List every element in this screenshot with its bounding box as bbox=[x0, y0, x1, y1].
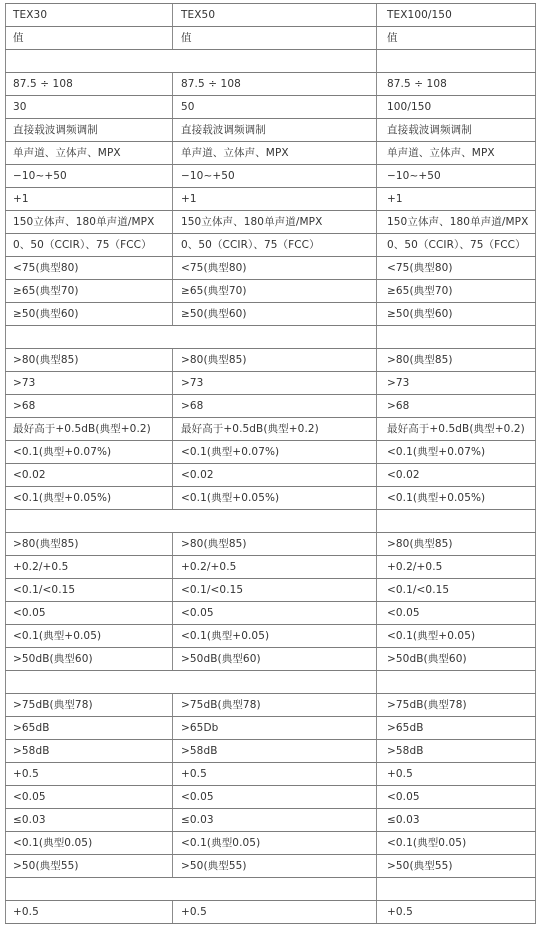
table-row: <0.1(典型+0.07%)<0.1(典型+0.07%)<0.1(典型+0.07… bbox=[6, 441, 536, 464]
table-cell: >65Db bbox=[173, 717, 377, 740]
table-cell: >50dB(典型60) bbox=[6, 648, 173, 671]
section-separator-row bbox=[6, 326, 536, 349]
table-cell: −10~+50 bbox=[173, 165, 377, 188]
table-cell: <0.1(典型+0.05) bbox=[377, 625, 536, 648]
table-row: >80(典型85)>80(典型85)>80(典型85) bbox=[6, 533, 536, 556]
table-row: <75(典型80)<75(典型80)<75(典型80) bbox=[6, 257, 536, 280]
table-cell: 150立体声、180单声道/MPX bbox=[6, 211, 173, 234]
empty-cell-merged bbox=[6, 510, 377, 533]
section-separator-row bbox=[6, 50, 536, 73]
table-cell: <0.02 bbox=[377, 464, 536, 487]
table-cell: >80(典型85) bbox=[6, 533, 173, 556]
table-cell: >73 bbox=[6, 372, 173, 395]
table-cell: >73 bbox=[377, 372, 536, 395]
column-header-tex100-150: TEX100/150 bbox=[377, 4, 536, 27]
table-cell: >75dB(典型78) bbox=[377, 694, 536, 717]
table-row: <0.02<0.02<0.02 bbox=[6, 464, 536, 487]
table-row: +0.2/+0.5+0.2/+0.5+0.2/+0.5 bbox=[6, 556, 536, 579]
section-separator-row bbox=[6, 878, 536, 901]
table-cell: <0.1(典型+0.05%) bbox=[377, 487, 536, 510]
table-cell: 87.5 ÷ 108 bbox=[173, 73, 377, 96]
table-cell: 0、50（CCIR）、75（FCC） bbox=[6, 234, 173, 257]
table-cell: +0.2/+0.5 bbox=[173, 556, 377, 579]
table-row: 0、50（CCIR）、75（FCC）0、50（CCIR）、75（FCC）0、50… bbox=[6, 234, 536, 257]
empty-cell-merged bbox=[6, 326, 377, 349]
table-cell: >50(典型55) bbox=[377, 855, 536, 878]
table-cell: 直接载波调频调制 bbox=[173, 119, 377, 142]
table-cell: <0.1(典型+0.05%) bbox=[173, 487, 377, 510]
table-cell: 直接载波调频调制 bbox=[6, 119, 173, 142]
table-cell: >58dB bbox=[6, 740, 173, 763]
table-row: ≤0.03≤0.03≤0.03 bbox=[6, 809, 536, 832]
table-cell: >80(典型85) bbox=[173, 349, 377, 372]
table-cell: 单声道、立体声、MPX bbox=[377, 142, 536, 165]
table-cell: 最好高于+0.5dB(典型+0.2) bbox=[173, 418, 377, 441]
table-cell: >65dB bbox=[6, 717, 173, 740]
table-cell: ≤0.03 bbox=[6, 809, 173, 832]
table-cell: <0.05 bbox=[173, 602, 377, 625]
section-separator-row bbox=[6, 510, 536, 533]
table-cell: ≥50(典型60) bbox=[377, 303, 536, 326]
table-row: 150立体声、180单声道/MPX150立体声、180单声道/MPX150立体声… bbox=[6, 211, 536, 234]
table-cell: <0.1(典型+0.05) bbox=[173, 625, 377, 648]
table-cell: 87.5 ÷ 108 bbox=[6, 73, 173, 96]
table-row: <0.05<0.05<0.05 bbox=[6, 602, 536, 625]
table-cell: 150立体声、180单声道/MPX bbox=[173, 211, 377, 234]
table-row: +0.5+0.5+0.5 bbox=[6, 901, 536, 924]
table-cell: >50(典型55) bbox=[6, 855, 173, 878]
table-cell: <0.1(典型+0.05%) bbox=[6, 487, 173, 510]
table-cell: >75dB(典型78) bbox=[6, 694, 173, 717]
empty-cell-merged bbox=[6, 50, 377, 73]
table-cell: +1 bbox=[173, 188, 377, 211]
table-cell: <0.1/<0.15 bbox=[377, 579, 536, 602]
table-row: 单声道、立体声、MPX单声道、立体声、MPX单声道、立体声、MPX bbox=[6, 142, 536, 165]
table-row: −10~+50−10~+50−10~+50 bbox=[6, 165, 536, 188]
table-row: >80(典型85)>80(典型85)>80(典型85) bbox=[6, 349, 536, 372]
table-cell: 100/150 bbox=[377, 96, 536, 119]
empty-cell bbox=[377, 50, 536, 73]
table-cell: <75(典型80) bbox=[6, 257, 173, 280]
table-row: 最好高于+0.5dB(典型+0.2)最好高于+0.5dB(典型+0.2)最好高于… bbox=[6, 418, 536, 441]
table-row: >50dB(典型60)>50dB(典型60)>50dB(典型60) bbox=[6, 648, 536, 671]
table-cell: <0.05 bbox=[377, 786, 536, 809]
table-cell: 30 bbox=[6, 96, 173, 119]
table-row: <0.05<0.05<0.05 bbox=[6, 786, 536, 809]
table-cell: <0.1(典型+0.07%) bbox=[173, 441, 377, 464]
table-cell: 直接载波调频调制 bbox=[377, 119, 536, 142]
table-cell: <0.05 bbox=[173, 786, 377, 809]
table-row: <0.1(典型0.05)<0.1(典型0.05)<0.1(典型0.05) bbox=[6, 832, 536, 855]
section-separator-row bbox=[6, 671, 536, 694]
table-cell: 值 bbox=[377, 27, 536, 50]
table-cell: +1 bbox=[377, 188, 536, 211]
table-cell: <0.05 bbox=[377, 602, 536, 625]
table-cell: <0.05 bbox=[6, 786, 173, 809]
table-row: +0.5+0.5+0.5 bbox=[6, 763, 536, 786]
empty-cell bbox=[377, 326, 536, 349]
table-body: 值值值87.5 ÷ 10887.5 ÷ 10887.5 ÷ 1083050100… bbox=[6, 27, 536, 924]
table-cell: >65dB bbox=[377, 717, 536, 740]
table-cell: 单声道、立体声、MPX bbox=[6, 142, 173, 165]
table-cell: 0、50（CCIR）、75（FCC） bbox=[173, 234, 377, 257]
table-cell: >68 bbox=[377, 395, 536, 418]
table-cell: 150立体声、180单声道/MPX bbox=[377, 211, 536, 234]
table-row: <0.1(典型+0.05%)<0.1(典型+0.05%)<0.1(典型+0.05… bbox=[6, 487, 536, 510]
table-row: >58dB>58dB>58dB bbox=[6, 740, 536, 763]
table-cell: <0.1(典型+0.07%) bbox=[377, 441, 536, 464]
table-row: ≥50(典型60)≥50(典型60)≥50(典型60) bbox=[6, 303, 536, 326]
table-cell: ≤0.03 bbox=[173, 809, 377, 832]
table-cell: ≥65(典型70) bbox=[377, 280, 536, 303]
table-cell: >50dB(典型60) bbox=[173, 648, 377, 671]
table-cell: +1 bbox=[6, 188, 173, 211]
table-cell: 87.5 ÷ 108 bbox=[377, 73, 536, 96]
table-row: >50(典型55)>50(典型55)>50(典型55) bbox=[6, 855, 536, 878]
table-cell: ≤0.03 bbox=[377, 809, 536, 832]
empty-cell bbox=[377, 510, 536, 533]
empty-cell-merged bbox=[6, 671, 377, 694]
table-cell: <0.02 bbox=[173, 464, 377, 487]
table-row: 值值值 bbox=[6, 27, 536, 50]
table-cell: ≥50(典型60) bbox=[173, 303, 377, 326]
table-row: <0.1/<0.15<0.1/<0.15<0.1/<0.15 bbox=[6, 579, 536, 602]
table-cell: <0.1/<0.15 bbox=[173, 579, 377, 602]
empty-cell-merged bbox=[6, 878, 377, 901]
table-cell: −10~+50 bbox=[377, 165, 536, 188]
empty-cell bbox=[377, 671, 536, 694]
table-row: +1+1+1 bbox=[6, 188, 536, 211]
table-cell: >58dB bbox=[173, 740, 377, 763]
spec-table: TEX30 TEX50 TEX100/150 值值值87.5 ÷ 10887.5… bbox=[5, 3, 536, 924]
table-header: TEX30 TEX50 TEX100/150 bbox=[6, 4, 536, 27]
table-cell: <0.1(典型0.05) bbox=[377, 832, 536, 855]
table-cell: >80(典型85) bbox=[6, 349, 173, 372]
table-cell: >80(典型85) bbox=[173, 533, 377, 556]
table-cell: ≥65(典型70) bbox=[6, 280, 173, 303]
table-cell: 0、50（CCIR）、75（FCC） bbox=[377, 234, 536, 257]
table-row: 直接载波调频调制直接载波调频调制直接载波调频调制 bbox=[6, 119, 536, 142]
header-row: TEX30 TEX50 TEX100/150 bbox=[6, 4, 536, 27]
table-cell: >68 bbox=[6, 395, 173, 418]
table-cell: <0.1(典型+0.05) bbox=[6, 625, 173, 648]
table-cell: <0.1(典型0.05) bbox=[6, 832, 173, 855]
table-cell: <0.1(典型0.05) bbox=[173, 832, 377, 855]
table-cell: <0.02 bbox=[6, 464, 173, 487]
table-cell: 值 bbox=[6, 27, 173, 50]
table-cell: >73 bbox=[173, 372, 377, 395]
table-cell: <75(典型80) bbox=[173, 257, 377, 280]
table-cell: >68 bbox=[173, 395, 377, 418]
table-cell: <0.1(典型+0.07%) bbox=[6, 441, 173, 464]
table-cell: 单声道、立体声、MPX bbox=[173, 142, 377, 165]
table-cell: >50dB(典型60) bbox=[377, 648, 536, 671]
column-header-tex50: TEX50 bbox=[173, 4, 377, 27]
table-cell: +0.5 bbox=[173, 901, 377, 924]
table-cell: 最好高于+0.5dB(典型+0.2) bbox=[6, 418, 173, 441]
table-row: <0.1(典型+0.05)<0.1(典型+0.05)<0.1(典型+0.05) bbox=[6, 625, 536, 648]
table-cell: ≥50(典型60) bbox=[6, 303, 173, 326]
table-cell: 最好高于+0.5dB(典型+0.2) bbox=[377, 418, 536, 441]
table-cell: +0.5 bbox=[6, 901, 173, 924]
empty-cell bbox=[377, 878, 536, 901]
table-row: >75dB(典型78)>75dB(典型78)>75dB(典型78) bbox=[6, 694, 536, 717]
table-cell: +0.2/+0.5 bbox=[6, 556, 173, 579]
table-cell: >80(典型85) bbox=[377, 533, 536, 556]
table-cell: <0.05 bbox=[6, 602, 173, 625]
table-cell: >80(典型85) bbox=[377, 349, 536, 372]
table-cell: −10~+50 bbox=[6, 165, 173, 188]
column-header-tex30: TEX30 bbox=[6, 4, 173, 27]
table-row: >65dB>65Db>65dB bbox=[6, 717, 536, 740]
table-cell: >50(典型55) bbox=[173, 855, 377, 878]
table-cell: 50 bbox=[173, 96, 377, 119]
table-cell: <0.1/<0.15 bbox=[6, 579, 173, 602]
table-row: 3050100/150 bbox=[6, 96, 536, 119]
table-cell: >75dB(典型78) bbox=[173, 694, 377, 717]
table-row: ≥65(典型70)≥65(典型70)≥65(典型70) bbox=[6, 280, 536, 303]
table-cell: 值 bbox=[173, 27, 377, 50]
table-cell: +0.5 bbox=[377, 901, 536, 924]
table-cell: <75(典型80) bbox=[377, 257, 536, 280]
table-cell: +0.2/+0.5 bbox=[377, 556, 536, 579]
table-row: >73>73>73 bbox=[6, 372, 536, 395]
table-cell: +0.5 bbox=[6, 763, 173, 786]
table-row: >68>68>68 bbox=[6, 395, 536, 418]
table-cell: >58dB bbox=[377, 740, 536, 763]
table-row: 87.5 ÷ 10887.5 ÷ 10887.5 ÷ 108 bbox=[6, 73, 536, 96]
table-cell: +0.5 bbox=[173, 763, 377, 786]
table-cell: +0.5 bbox=[377, 763, 536, 786]
table-cell: ≥65(典型70) bbox=[173, 280, 377, 303]
